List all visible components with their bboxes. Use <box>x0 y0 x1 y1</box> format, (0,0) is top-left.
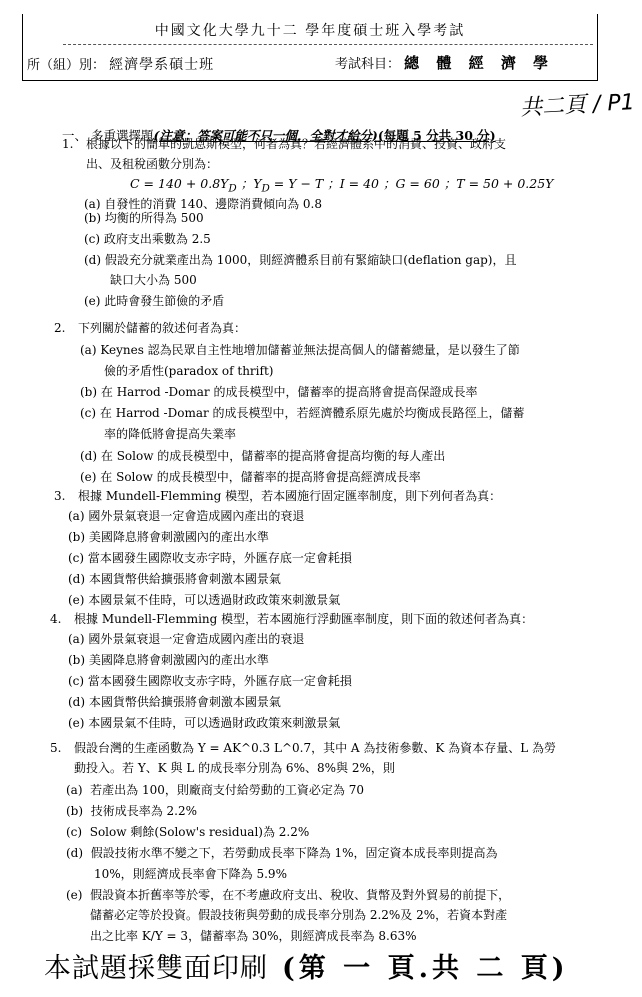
option-2d: (d) 在 Solow 的成長模型中，儲蓄率的提高將會提高均衡的每人產出 <box>80 446 445 466</box>
subject-field: 考試科目： 總 體 經 濟 學 <box>335 52 554 73</box>
print-notice-text: 本試題採雙面印刷 <box>44 953 268 984</box>
option-text: 當本國發生國際收支赤字時，外匯存底一定會耗損 <box>88 551 352 565</box>
option-2e: (e) 在 Solow 的成長模型中，儲蓄率的提高將會提高經濟成長率 <box>80 467 421 487</box>
option-label: (b) <box>68 530 85 544</box>
option-text: 在 Solow 的成長模型中，儲蓄率的提高將會提高均衡的每人產出 <box>101 449 445 463</box>
option-3c: (c) 當本國發生國際收支赤字時，外匯存底一定會耗損 <box>68 548 352 568</box>
option-label: (b) <box>84 211 101 225</box>
option-text: 此時會發生節儉的矛盾 <box>104 294 224 308</box>
option-text: 美國降息將會刺激國內的產出水準 <box>89 530 269 544</box>
option-text: 若產出為 100，則廠商支付給勞動的工資必定為 70 <box>90 783 364 797</box>
exam-header: 中國文化大學九十二 學年度碩士班入學考試 所（組）別： 經濟學系碩士班 考試科目… <box>22 14 598 81</box>
option-4e: (e) 本國景氣不佳時，可以透過財政政策來刺激景氣 <box>68 713 340 733</box>
option-2a: (a) Keynes 認為民眾自主性地增加儲蓄並無法提高個人的儲蓄總量，是以發生… <box>80 340 520 360</box>
department-field: 所（組）別： 經濟學系碩士班 <box>27 54 214 74</box>
question-number: 2. <box>54 318 78 338</box>
option-text: 本國貨幣供給擴張將會刺激本國景氣 <box>89 695 281 709</box>
option-label: (a) <box>68 632 85 646</box>
question-5: 5.假設台灣的生產函數為 Y = AK^0.3 L^0.7，其中 A 為技術參數… <box>50 738 556 758</box>
question-text: 根據以下的簡單的凱恩斯模型，何者為真？若經濟體系中的消費、投資、政府支 <box>86 137 506 151</box>
option-text: 均衡的所得為 500 <box>105 211 204 225</box>
exam-title: 中國文化大學九十二 學年度碩士班入學考試 <box>23 20 597 40</box>
option-2c: (c) 在 Harrod -Domar 的成長模型中，若經濟體系原先處於均衡成長… <box>80 403 525 423</box>
option-label: (c) <box>80 406 96 420</box>
option-label: (d) <box>68 695 85 709</box>
question-text: 根據 Mundell-Flemming 模型，若本國施行固定匯率制度，則下列何者… <box>78 489 501 503</box>
question-5-cont: 動投入。若 Y、K 與 L 的成長率分別為 6%、8%與 2%，則 <box>74 758 395 778</box>
option-3b: (b) 美國降息將會刺激國內的產出水準 <box>68 527 269 547</box>
option-5c: (c) Solow 剩餘(Solow's residual)為 2.2% <box>66 822 309 842</box>
option-label: (e) <box>80 470 96 484</box>
option-5e-cont2: 出之比率 K/Y = 3，儲蓄率為 30%，則經濟成長率為 8.63% <box>90 926 417 946</box>
option-4d: (d) 本國貨幣供給擴張將會刺激本國景氣 <box>68 692 281 712</box>
option-text: 本國景氣不佳時，可以透過財政政策來刺激景氣 <box>88 593 340 607</box>
option-label: (b) <box>80 385 97 399</box>
option-text: Keynes 認為民眾自主性地增加儲蓄並無法提高個人的儲蓄總量，是以發生了節 <box>100 343 519 357</box>
option-1b: (b) 均衡的所得為 500 <box>84 208 204 228</box>
option-text: 假設資本折舊率等於零，在不考慮政府支出、稅收、貨幣及對外貿易的前提下， <box>90 888 510 902</box>
question-1-cont: 出、及租稅函數分別為： <box>86 154 218 174</box>
option-label: (d) <box>84 253 101 267</box>
department-label: 所（組）別： <box>27 58 105 73</box>
option-5d-cont: 10%，則經濟成長率會下降為 5.9% <box>94 864 287 884</box>
option-text: 技術成長率為 2.2% <box>91 804 197 818</box>
option-1d: (d) 假設充分就業產出為 1000，則經濟體系目前有緊縮缺口(deflatio… <box>84 250 516 270</box>
question-text: 下列關於儲蓄的敘述何者為真： <box>78 321 246 335</box>
option-5e: (e) 假設資本折舊率等於零，在不考慮政府支出、稅收、貨幣及對外貿易的前提下， <box>66 885 510 905</box>
header-divider <box>63 44 593 45</box>
option-text: 在 Harrod -Domar 的成長模型中，儲蓄率的提高將會提高保證成長率 <box>101 385 478 399</box>
question-number: 1. <box>62 134 86 154</box>
option-label: (c) <box>68 551 84 565</box>
question-1: 1.根據以下的簡單的凱恩斯模型，何者為真？若經濟體系中的消費、投資、政府支 <box>62 134 506 154</box>
option-1d-cont: 缺口大小為 500 <box>110 270 197 290</box>
option-label: (e) <box>68 716 84 730</box>
option-4a: (a) 國外景氣衰退一定會造成國內產出的衰退 <box>68 629 304 649</box>
question-text: 假設台灣的生產函數為 Y = AK^0.3 L^0.7，其中 A 為技術參數、K… <box>74 741 556 755</box>
option-text: 本國景氣不佳時，可以透過財政政策來刺激景氣 <box>88 716 340 730</box>
option-label: (e) <box>66 888 82 902</box>
option-3a: (a) 國外景氣衰退一定會造成國內產出的衰退 <box>68 506 304 526</box>
option-text: 國外景氣衰退一定會造成國內產出的衰退 <box>88 509 304 523</box>
question-3: 3.根據 Mundell-Flemming 模型，若本國施行固定匯率制度，則下列… <box>54 486 501 506</box>
question-number: 4. <box>50 609 74 629</box>
question-2: 2.下列關於儲蓄的敘述何者為真： <box>54 318 246 338</box>
option-text: 假設充分就業產出為 1000，則經濟體系目前有緊縮缺口(deflation ga… <box>105 253 517 267</box>
option-text: 美國降息將會刺激國內的產出水準 <box>89 653 269 667</box>
option-3e: (e) 本國景氣不佳時，可以透過財政政策來刺激景氣 <box>68 590 340 610</box>
department-value: 經濟學系碩士班 <box>109 57 214 73</box>
option-5e-cont: 儲蓄必定等於投資。假設技術與勞動的成長率分別為 2.2%及 2%，若資本對產 <box>90 905 507 925</box>
option-5a: (a) 若產出為 100，則廠商支付給勞動的工資必定為 70 <box>66 780 364 800</box>
option-4b: (b) 美國降息將會刺激國內的產出水準 <box>68 650 269 670</box>
option-label: (e) <box>68 593 84 607</box>
question-number: 3. <box>54 486 78 506</box>
option-4c: (c) 當本國發生國際收支赤字時，外匯存底一定會耗損 <box>68 671 352 691</box>
option-label: (d) <box>68 572 85 586</box>
option-text: 政府支出乘數為 2.5 <box>104 232 211 246</box>
subject-value: 總 體 經 濟 學 <box>404 54 554 72</box>
handwritten-page-note: 共二頁 / P1 <box>519 85 635 122</box>
question-text: 根據 Mundell-Flemming 模型，若本國施行浮動匯率制度，則下面的敘… <box>74 612 533 626</box>
option-5d: (d) 假設技術水準不變之下，若勞動成長率下降為 1%，固定資本成長率則提高為 <box>66 843 498 863</box>
option-text: 在 Solow 的成長模型中，儲蓄率的提高將會提高經濟成長率 <box>100 470 420 484</box>
question-4: 4.根據 Mundell-Flemming 模型，若本國施行浮動匯率制度，則下面… <box>50 609 533 629</box>
option-3d: (d) 本國貨幣供給擴張將會刺激本國景氣 <box>68 569 281 589</box>
option-2b: (b) 在 Harrod -Domar 的成長模型中，儲蓄率的提高將會提高保證成… <box>80 382 478 402</box>
question-1-formula: C = 140 + 0.8YD ；YD = Y − T ；I = 40 ；G =… <box>130 174 553 195</box>
option-text: Solow 剩餘(Solow's residual)為 2.2% <box>90 825 310 839</box>
option-5b: (b) 技術成長率為 2.2% <box>66 801 197 821</box>
option-label: (c) <box>84 232 100 246</box>
subject-label: 考試科目： <box>335 57 400 72</box>
option-text: 國外景氣衰退一定會造成國內產出的衰退 <box>88 632 304 646</box>
option-label: (d) <box>80 449 97 463</box>
option-text: 本國貨幣供給擴張將會刺激本國景氣 <box>89 572 281 586</box>
question-number: 5. <box>50 738 74 758</box>
option-label: (a) <box>66 783 83 797</box>
option-label: (e) <box>84 294 100 308</box>
option-label: (b) <box>68 653 85 667</box>
option-2a-cont: 儉的矛盾性(paradox of thrift) <box>104 361 273 381</box>
option-label: (a) <box>68 509 85 523</box>
print-notice: 本試題採雙面印刷(第 一 頁.共 二 頁) <box>44 946 569 985</box>
option-1c: (c) 政府支出乘數為 2.5 <box>84 229 211 249</box>
option-label: (c) <box>68 674 84 688</box>
option-text: 假設技術水準不變之下，若勞動成長率下降為 1%，固定資本成長率則提高為 <box>91 846 498 860</box>
option-label: (d) <box>66 846 83 860</box>
option-label: (a) <box>80 343 97 357</box>
option-label: (c) <box>66 825 82 839</box>
option-text: 在 Harrod -Domar 的成長模型中，若經濟體系原先處於均衡成長路徑上，… <box>100 406 525 420</box>
option-2c-cont: 率的降低將會提高失業率 <box>104 424 236 444</box>
option-label: (b) <box>66 804 83 818</box>
option-text: 當本國發生國際收支赤字時，外匯存底一定會耗損 <box>88 674 352 688</box>
page-info: (第 一 頁.共 二 頁) <box>282 953 569 984</box>
option-1e: (e) 此時會發生節儉的矛盾 <box>84 291 224 311</box>
